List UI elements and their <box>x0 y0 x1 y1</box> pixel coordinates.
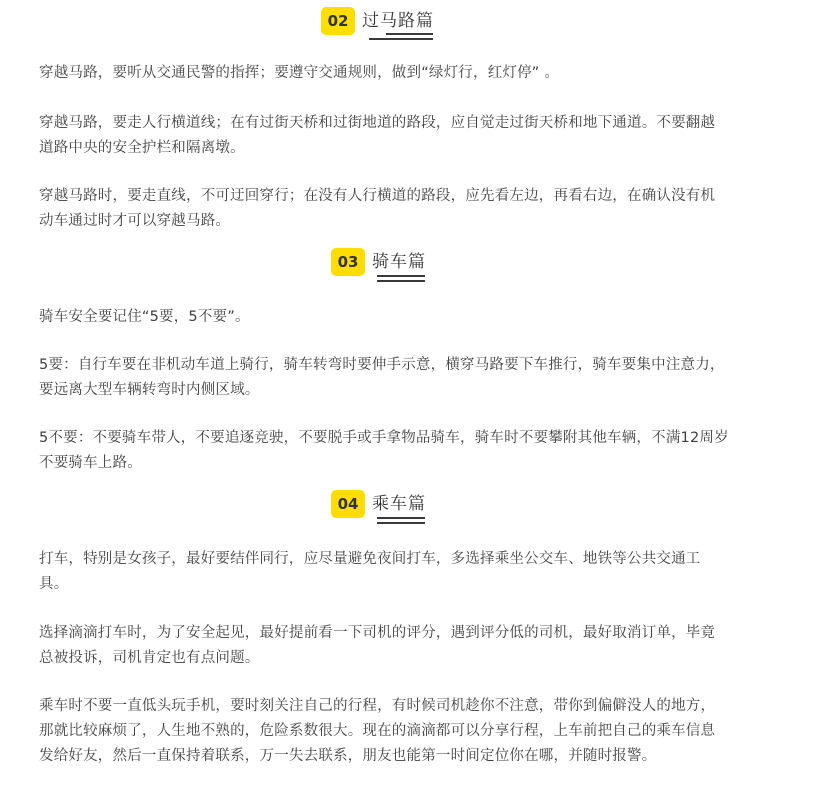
paragraph: 乘车时不要一直低头玩手机，要时刻关注自己的行程，有时候司机趁你不注意，带你到偏僻… <box>39 694 729 769</box>
heading-underline-bottom <box>377 280 425 282</box>
paragraph: 打车，特别是女孩子，最好要结伴同行，应尽量避免夜间打车，多选择乘坐公交车、地铁等… <box>39 547 729 597</box>
paragraph: 5不要：不要骑车带人，不要追逐竞驶，不要脱手或手拿物品骑车，骑车时不要攀附其他车… <box>39 426 729 476</box>
paragraph: 选择滴滴打车时，为了安全起见，最好提前看一下司机的评分，遇到评分低的司机，最好取… <box>39 621 729 671</box>
section-title: 过马路篇 <box>362 7 434 35</box>
heading-underline-bottom <box>369 38 433 40</box>
heading-underline-top <box>377 517 425 519</box>
section-title: 骑车篇 <box>372 248 426 276</box>
section-heading-04: 04 乘车篇 <box>331 488 426 520</box>
section-number-badge: 03 <box>331 248 365 276</box>
section-title: 乘车篇 <box>372 490 426 518</box>
section-number-badge: 02 <box>321 7 355 35</box>
paragraph: 穿越马路时，要走直线，不可迂回穿行；在没有人行横道的路段，应先看左边，再看右边，… <box>39 184 729 234</box>
heading-underline-top <box>377 275 425 277</box>
paragraph: 骑车安全要记住“5要，5不要”。 <box>39 305 729 330</box>
section-heading-03: 03 骑车篇 <box>331 246 426 278</box>
section-number-badge: 04 <box>331 490 365 518</box>
paragraph: 穿越马路，要走人行横道线；在有过街天桥和过街地道的路段，应自觉走过街天桥和地下通… <box>39 111 729 161</box>
heading-underline-bottom <box>377 522 425 524</box>
paragraph: 5要：自行车要在非机动车道上骑行，骑车转弯时要伸手示意，横穿马路要下车推行，骑车… <box>39 353 729 403</box>
heading-underline-top <box>386 33 433 35</box>
paragraph: 穿越马路，要听从交通民警的指挥；要遵守交通规则，做到“绿灯行，红灯停” 。 <box>39 61 729 86</box>
